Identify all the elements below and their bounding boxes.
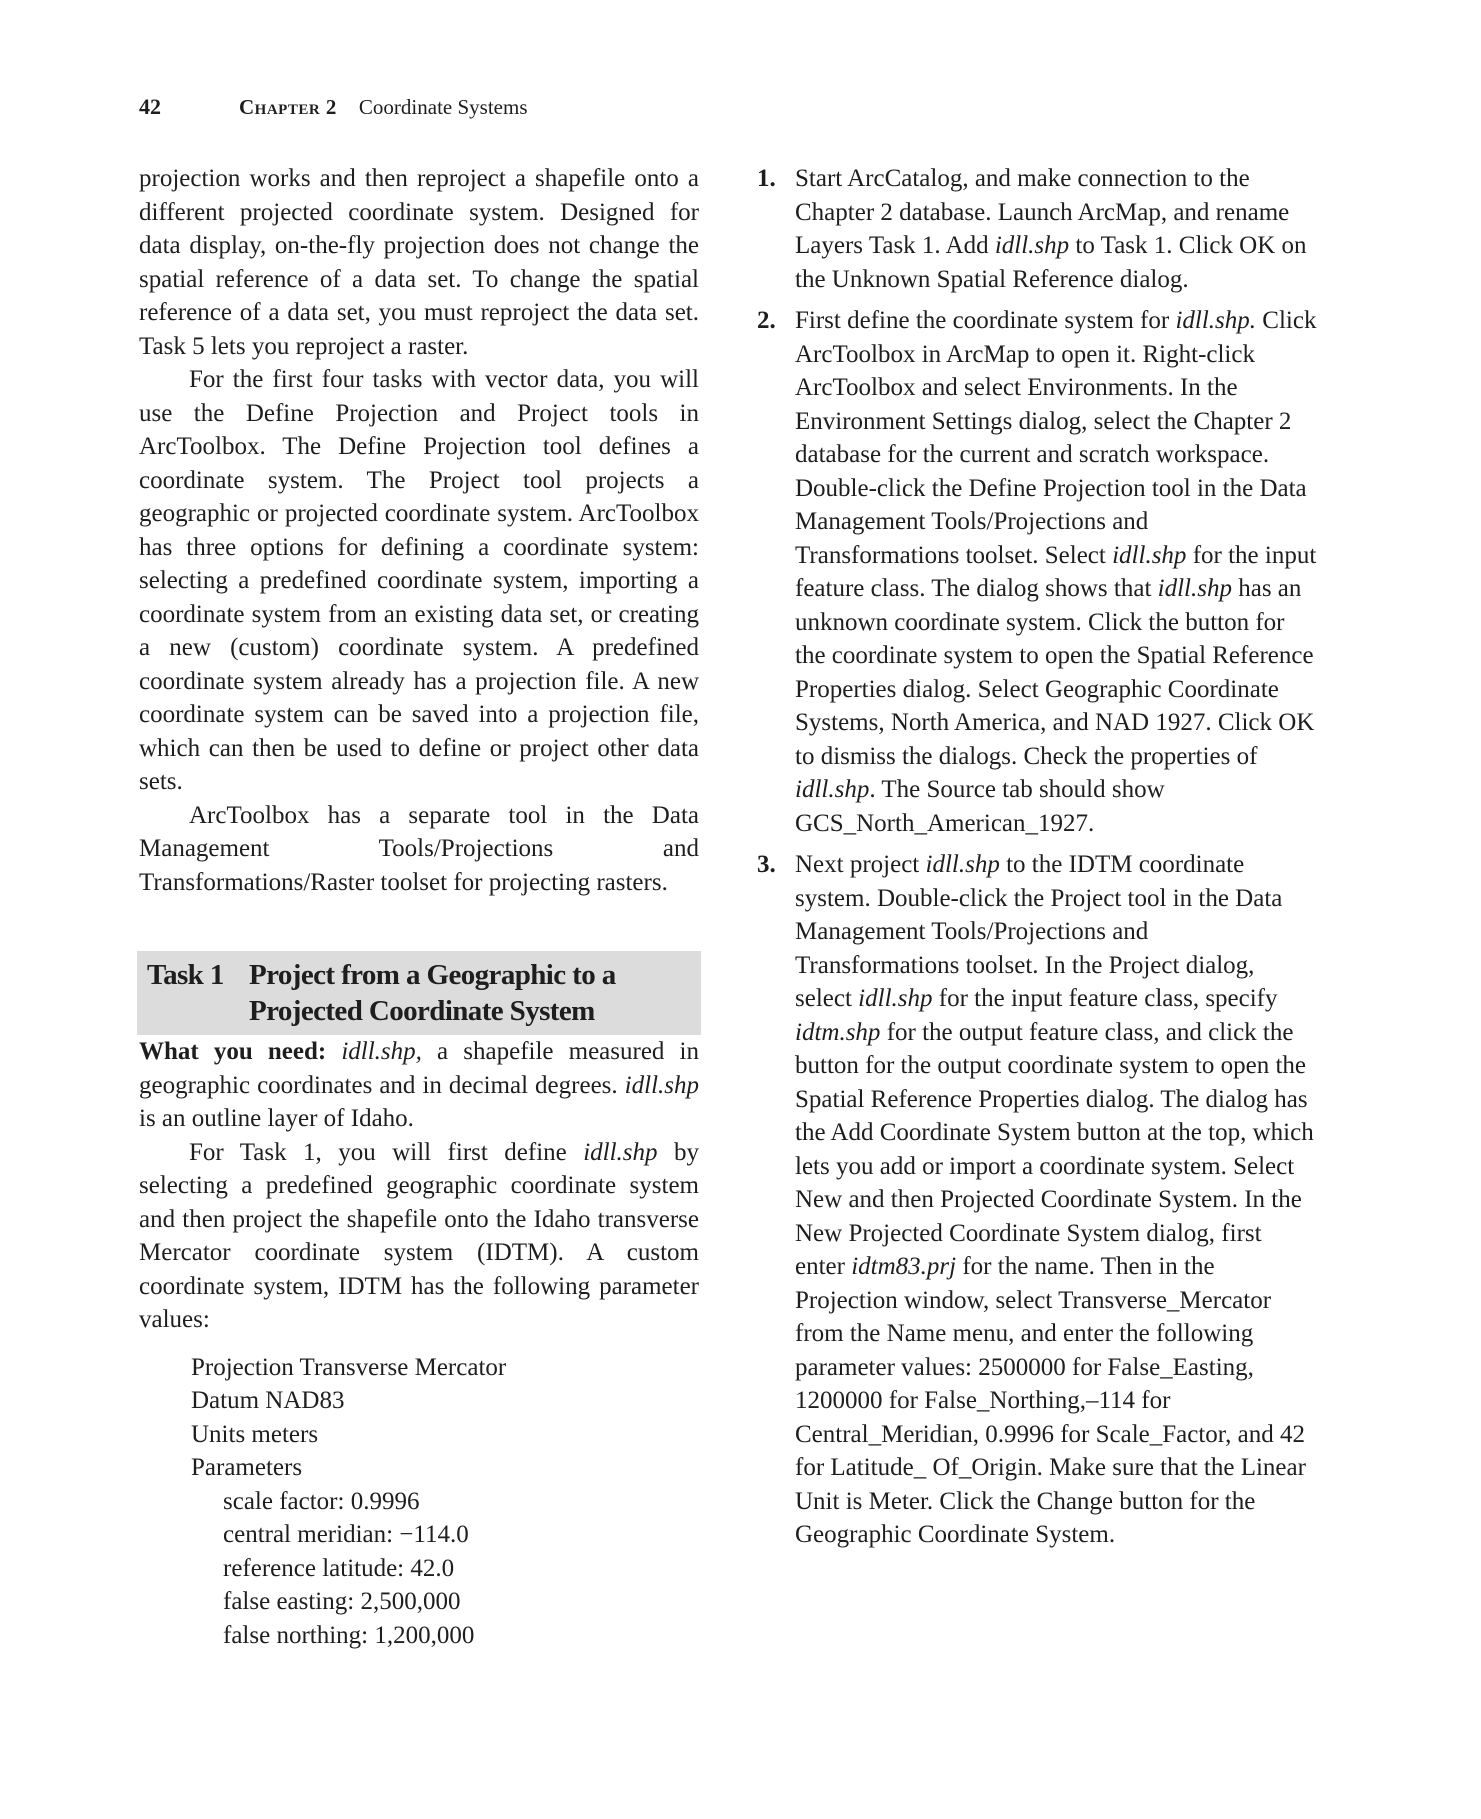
paragraph-tools: For the first four tasks with vector dat… bbox=[139, 363, 699, 799]
chapter-label: Chapter 2 bbox=[239, 95, 337, 120]
param-units: Units meters bbox=[191, 1418, 699, 1452]
what-you-need: What you need: idll.shp, a shapefile mea… bbox=[139, 1035, 699, 1136]
step-number: 1. bbox=[757, 162, 795, 296]
task-intro: For Task 1, you will first define idll.s… bbox=[139, 1136, 699, 1337]
step-text: Next project idll.shp to the IDTM coordi… bbox=[795, 848, 1317, 1552]
file-name: idtm.shp bbox=[795, 1019, 880, 1046]
running-header: 42 Chapter 2 Coordinate Systems bbox=[139, 94, 528, 124]
param-item: reference latitude: 42.0 bbox=[191, 1552, 699, 1586]
file-name: idll.shp bbox=[858, 985, 932, 1012]
param-item: central meridian: −114.0 bbox=[191, 1518, 699, 1552]
file-name: idll.shp. bbox=[1175, 307, 1256, 334]
chapter-title: Coordinate Systems bbox=[359, 95, 528, 120]
task-heading: Task 1 Project from a Geographic to a Pr… bbox=[137, 951, 701, 1035]
param-item: false easting: 2,500,000 bbox=[191, 1585, 699, 1619]
file-name: idtm83.prj bbox=[851, 1253, 956, 1280]
file-name: idll.shp bbox=[926, 851, 1000, 878]
file-name: idll.shp bbox=[995, 232, 1069, 259]
paragraph-intro: projection works and then reproject a sh… bbox=[139, 162, 699, 363]
paragraph-raster-tool: ArcToolbox has a separate tool in the Da… bbox=[139, 799, 699, 900]
file-name: idll.shp bbox=[625, 1072, 699, 1099]
param-projection: Projection Transverse Mercator bbox=[191, 1351, 699, 1385]
step-item: 1.Start ArcCatalog, and make connection … bbox=[757, 162, 1317, 296]
param-heading: Parameters bbox=[191, 1451, 699, 1485]
file-name: idll.shp bbox=[1112, 542, 1186, 569]
file-name: idll.shp bbox=[1158, 575, 1232, 602]
parameter-list: Projection Transverse Mercator Datum NAD… bbox=[139, 1351, 699, 1653]
task-title: Project from a Geographic to a Projected… bbox=[249, 957, 693, 1029]
param-datum: Datum NAD83 bbox=[191, 1384, 699, 1418]
step-number: 3. bbox=[757, 848, 795, 1552]
section-spacer bbox=[139, 899, 699, 951]
step-item: 2.First define the coordinate system for… bbox=[757, 304, 1317, 840]
step-text: Start ArcCatalog, and make connection to… bbox=[795, 162, 1317, 296]
page-number: 42 bbox=[139, 94, 239, 120]
step-item: 3.Next project idll.shp to the IDTM coor… bbox=[757, 848, 1317, 1552]
param-item: false northing: 1,200,000 bbox=[191, 1619, 699, 1653]
file-name: idll.shp bbox=[795, 776, 869, 803]
task-number: Task 1 bbox=[147, 957, 249, 993]
what-you-need-label: What you need: bbox=[139, 1038, 326, 1065]
step-number: 2. bbox=[757, 304, 795, 840]
step-list: 1.Start ArcCatalog, and make connection … bbox=[757, 162, 1317, 1552]
left-column: projection works and then reproject a sh… bbox=[139, 162, 699, 1652]
file-name: idll.shp bbox=[583, 1139, 657, 1166]
right-column: 1.Start ArcCatalog, and make connection … bbox=[757, 162, 1317, 1560]
file-name: idll.shp, bbox=[341, 1038, 422, 1065]
step-text: First define the coordinate system for i… bbox=[795, 304, 1317, 840]
param-item: scale factor: 0.9996 bbox=[191, 1485, 699, 1519]
